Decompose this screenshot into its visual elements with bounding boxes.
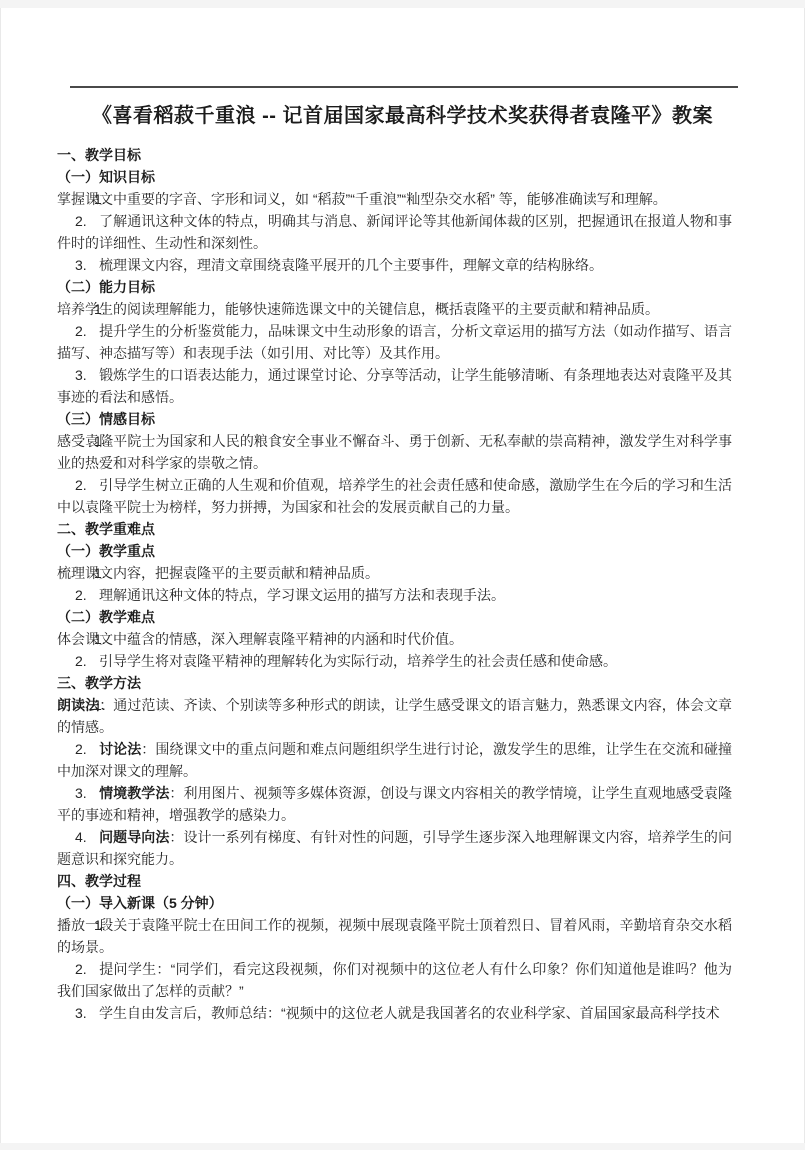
list-marker: 1.: [94, 188, 106, 210]
list-text: ：通过范读、齐读、个别读等多种形式的朗读，让学生感受课文的语言魅力，熟悉课文内容…: [57, 697, 732, 735]
method-label: 问题导向法: [99, 829, 169, 845]
list-marker: 3.: [75, 782, 99, 804]
list-marker: 1.: [94, 628, 106, 650]
numbered-paragraph: 2.引导学生将对袁隆平精神的理解转化为实际行动，培养学生的社会责任感和使命感。: [57, 650, 732, 672]
list-text: 感受袁隆平院士为国家和人民的粮食安全事业不懈奋斗、勇于创新、无私奉献的崇高精神，…: [57, 433, 732, 471]
doc-body: 一、教学目标 （一）知识目标 1.掌握课文中重要的字音、字形和词义，如 “稻菽”…: [1, 144, 804, 1024]
paragraph-text: ：围绕课文中的重点问题和难点问题组织学生进行讨论，激发学生的思维，让学生在交流和…: [57, 741, 732, 779]
numbered-paragraph: 3.锻炼学生的口语表达能力，通过课堂讨论、分享等活动，让学生能够清晰、有条理地表…: [57, 364, 732, 408]
sub-heading: （一）教学重点: [57, 540, 732, 562]
sub-heading: （一）导入新课（5 分钟）: [57, 892, 732, 914]
numbered-paragraph: 3.情境教学法：利用图片、视频等多媒体资源，创设与课文内容相关的教学情境，让学生…: [57, 782, 732, 826]
document-page: 《喜看稻菽千重浪 -- 记首届国家最高科学技术奖获得者袁隆平》教案 一、教学目标…: [0, 8, 805, 1143]
numbered-paragraph: 4.问题导向法：设计一系列有梯度、有针对性的问题，引导学生逐步深入地理解课文内容…: [57, 826, 732, 870]
list-item: 1.掌握课文中重要的字音、字形和词义，如 “稻菽”“千重浪”“籼型杂交水稻” 等…: [57, 188, 732, 210]
list-marker: 2.: [75, 474, 99, 496]
sub-heading: （二）教学难点: [57, 606, 732, 628]
list-item: 1.感受袁隆平院士为国家和人民的粮食安全事业不懈奋斗、勇于创新、无私奉献的崇高精…: [57, 430, 732, 474]
doc-title: 《喜看稻菽千重浪 -- 记首届国家最高科学技术奖获得者袁隆平》教案: [31, 102, 774, 130]
list-item: 1.培养学生的阅读理解能力，能够快速筛选课文中的关键信息，概括袁隆平的主要贡献和…: [57, 298, 732, 320]
paragraph-text: 提升学生的分析鉴赏能力，品味课文中生动形象的语言，分析文章运用的描写方法（如动作…: [57, 323, 732, 361]
list-marker: 2.: [75, 738, 99, 760]
paragraph-text: 引导学生将对袁隆平精神的理解转化为实际行动，培养学生的社会责任感和使命感。: [99, 653, 617, 669]
numbered-paragraph: 2.提升学生的分析鉴赏能力，品味课文中生动形象的语言，分析文章运用的描写方法（如…: [57, 320, 732, 364]
list-item: 1.朗读法：通过范读、齐读、个别读等多种形式的朗读，让学生感受课文的语言魅力，熟…: [57, 694, 732, 738]
list-item: 1.体会课文中蕴含的情感，深入理解袁隆平精神的内涵和时代价值。: [57, 628, 732, 650]
list-marker: 3.: [75, 254, 99, 276]
document-viewport: { "colors": { "page_background": "#f4f4f…: [0, 0, 805, 1150]
method-label: 讨论法: [99, 741, 141, 757]
list-marker: 2.: [75, 650, 99, 672]
paragraph-text: 学生自由发言后，教师总结：“视频中的这位老人就是我国著名的农业科学家、首届国家最…: [99, 1005, 720, 1021]
list-marker: 1.: [94, 562, 106, 584]
list-marker: 4.: [75, 826, 99, 848]
numbered-paragraph: 2.提问学生：“同学们，看完这段视频，你们对视频中的这位老人有什么印象？你们知道…: [57, 958, 732, 1002]
section-heading-2: 二、教学重难点: [57, 518, 732, 540]
method-label: 情境教学法: [99, 785, 169, 801]
numbered-paragraph: 2.理解通讯这种文体的特点，学习课文运用的描写方法和表现手法。: [57, 584, 732, 606]
list-text: 播放一段关于袁隆平院士在田间工作的视频，视频中展现袁隆平院士顶着烈日、冒着风雨，…: [57, 917, 732, 955]
list-marker: 2.: [75, 320, 99, 342]
paragraph-text: 引导学生树立正确的人生观和价值观，培养学生的社会责任感和使命感，激励学生在今后的…: [57, 477, 732, 515]
list-marker: 1.: [94, 430, 106, 452]
paragraph-text: 了解通讯这种文体的特点，明确其与消息、新闻评论等其他新闻体裁的区别，把握通讯在报…: [57, 213, 732, 251]
numbered-paragraph: 3.学生自由发言后，教师总结：“视频中的这位老人就是我国著名的农业科学家、首届国…: [57, 1002, 732, 1024]
list-item: 1.播放一段关于袁隆平院士在田间工作的视频，视频中展现袁隆平院士顶着烈日、冒着风…: [57, 914, 732, 958]
sub-heading: （三）情感目标: [57, 408, 732, 430]
list-marker: 1.: [94, 694, 106, 716]
section-heading-4: 四、教学过程: [57, 870, 732, 892]
list-marker: 3.: [75, 364, 99, 386]
list-text: 掌握课文中重要的字音、字形和词义，如 “稻菽”“千重浪”“籼型杂交水稻” 等，能…: [57, 191, 667, 207]
list-marker: 2.: [75, 210, 99, 232]
list-marker: 2.: [75, 958, 99, 980]
method-label: 朗读法: [57, 697, 99, 713]
section-heading-3: 三、教学方法: [57, 672, 732, 694]
paragraph-text: 锻炼学生的口语表达能力，通过课堂讨论、分享等活动，让学生能够清晰、有条理地表达对…: [57, 367, 732, 405]
list-marker: 3.: [75, 1002, 99, 1024]
numbered-paragraph: 3.梳理课文内容，理清文章围绕袁隆平展开的几个主要事件，理解文章的结构脉络。: [57, 254, 732, 276]
paragraph-text: 提问学生：“同学们，看完这段视频，你们对视频中的这位老人有什么印象？你们知道他是…: [57, 961, 732, 999]
list-marker: 2.: [75, 584, 99, 606]
header-rule: [70, 86, 738, 88]
list-item: 1.梳理课文内容，把握袁隆平的主要贡献和精神品质。: [57, 562, 732, 584]
numbered-paragraph: 2.讨论法：围绕课文中的重点问题和难点问题组织学生进行讨论，激发学生的思维，让学…: [57, 738, 732, 782]
list-marker: 1.: [94, 298, 106, 320]
numbered-paragraph: 2.了解通讯这种文体的特点，明确其与消息、新闻评论等其他新闻体裁的区别，把握通讯…: [57, 210, 732, 254]
section-heading-1: 一、教学目标: [57, 144, 732, 166]
list-text: 体会课文中蕴含的情感，深入理解袁隆平精神的内涵和时代价值。: [57, 631, 463, 647]
numbered-paragraph: 2.引导学生树立正确的人生观和价值观，培养学生的社会责任感和使命感，激励学生在今…: [57, 474, 732, 518]
list-text: 培养学生的阅读理解能力，能够快速筛选课文中的关键信息，概括袁隆平的主要贡献和精神…: [57, 301, 659, 317]
paragraph-text: 理解通讯这种文体的特点，学习课文运用的描写方法和表现手法。: [99, 587, 505, 603]
sub-heading: （一）知识目标: [57, 166, 732, 188]
sub-heading: （二）能力目标: [57, 276, 732, 298]
list-marker: 1.: [94, 914, 106, 936]
paragraph-text: 梳理课文内容，理清文章围绕袁隆平展开的几个主要事件，理解文章的结构脉络。: [99, 257, 603, 273]
